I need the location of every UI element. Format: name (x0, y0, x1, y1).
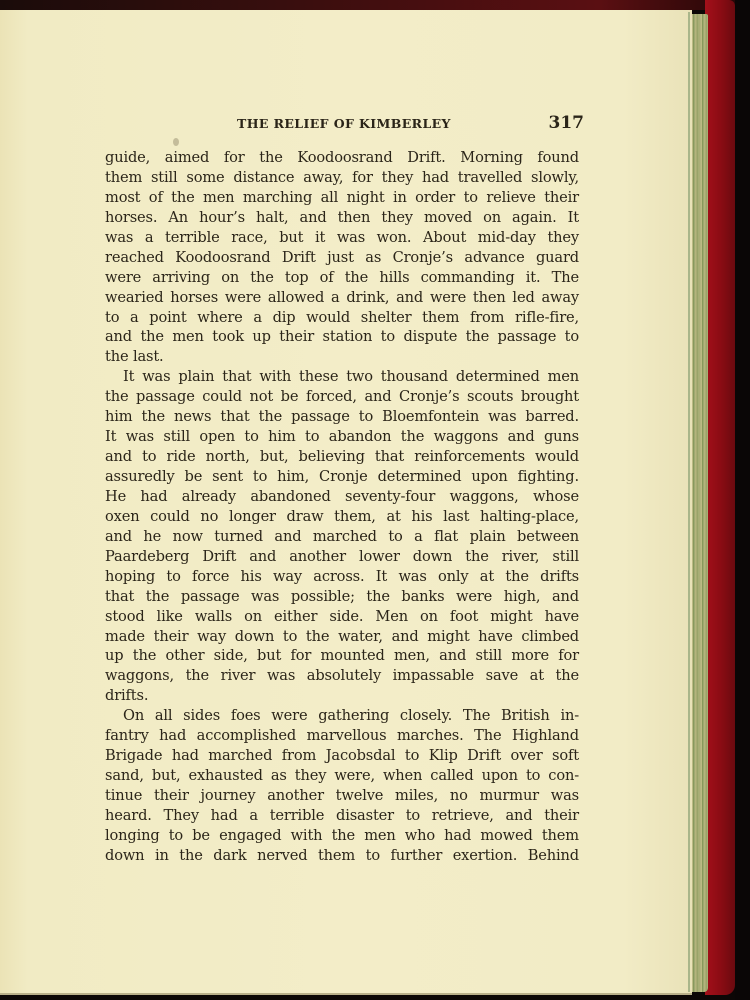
text-line: reached Koodoosrand Drift just as Cronje… (105, 248, 579, 268)
book-cover-red (705, 0, 735, 995)
page-edge-line (688, 12, 690, 992)
text-line: made their way down to the water, and mi… (105, 627, 579, 647)
text-line: up the other side, but for mounted men, … (105, 646, 579, 666)
text-line: and to ride north, but, believing that r… (105, 447, 579, 467)
text-line: Brigade had marched from Jacobsdal to Kl… (105, 746, 579, 766)
text-line: heard. They had a terrible disaster to r… (105, 806, 579, 826)
text-line: to a point where a dip would shelter the… (105, 308, 579, 328)
running-title: THE RELIEF OF KIMBERLEY (237, 116, 451, 131)
text-line: was a terrible race, but it was won. Abo… (105, 228, 579, 248)
text-line: were arriving on the top of the hills co… (105, 268, 579, 288)
text-line: oxen could no longer draw them, at his l… (105, 507, 579, 527)
text-line: He had already abandoned seventy-four wa… (105, 487, 579, 507)
page-number: 317 (549, 113, 585, 133)
text-line: and he now turned and marched to a flat … (105, 527, 579, 547)
text-line: hoping to force his way across. It was o… (105, 567, 579, 587)
running-head: THE RELIEF OF KIMBERLEY 317 (100, 113, 584, 135)
text-line: down in the dark nerved them to further … (105, 846, 579, 866)
top-shadow (0, 0, 750, 10)
text-line: the last. (105, 347, 579, 367)
page-edges (690, 14, 708, 992)
text-line: most of the men marching all night in or… (105, 188, 579, 208)
text-line: guide, aimed for the Koodoosrand Drift. … (105, 148, 579, 168)
text-line: that the passage was possible; the banks… (105, 587, 579, 607)
text-line: drifts. (105, 686, 579, 706)
book-scan: THE RELIEF OF KIMBERLEY 317 guide, aimed… (0, 0, 750, 1000)
text-line: the passage could not be forced, and Cro… (105, 387, 579, 407)
text-line: and the men took up their station to dis… (105, 327, 579, 347)
ink-smudge (173, 138, 179, 146)
text-line: It was still open to him to abandon the … (105, 427, 579, 447)
text-line: stood like walls on either side. Men on … (105, 607, 579, 627)
text-line: him the news that the passage to Bloemfo… (105, 407, 579, 427)
text-line: longing to be engaged with the men who h… (105, 826, 579, 846)
text-line: them still some distance away, for they … (105, 168, 579, 188)
text-line: fantry had accomplished marvellous march… (105, 726, 579, 746)
paragraph-start: It was plain that with these two thousan… (105, 367, 579, 387)
text-line: tinue their journey another twelve miles… (105, 786, 579, 806)
text-line: waggons, the river was absolutely impass… (105, 666, 579, 686)
background-dark (735, 0, 750, 1000)
paragraph-start: On all sides foes were gathering closely… (105, 706, 579, 726)
text-line: sand, but, exhausted as they were, when … (105, 766, 579, 786)
body-text: guide, aimed for the Koodoosrand Drift. … (105, 148, 579, 866)
text-line: wearied horses were allowed a drink, and… (105, 288, 579, 308)
text-line: Paardeberg Drift and another lower down … (105, 547, 579, 567)
text-line: horses. An hour’s halt, and then they mo… (105, 208, 579, 228)
text-line: assuredly be sent to him, Cronje determi… (105, 467, 579, 487)
